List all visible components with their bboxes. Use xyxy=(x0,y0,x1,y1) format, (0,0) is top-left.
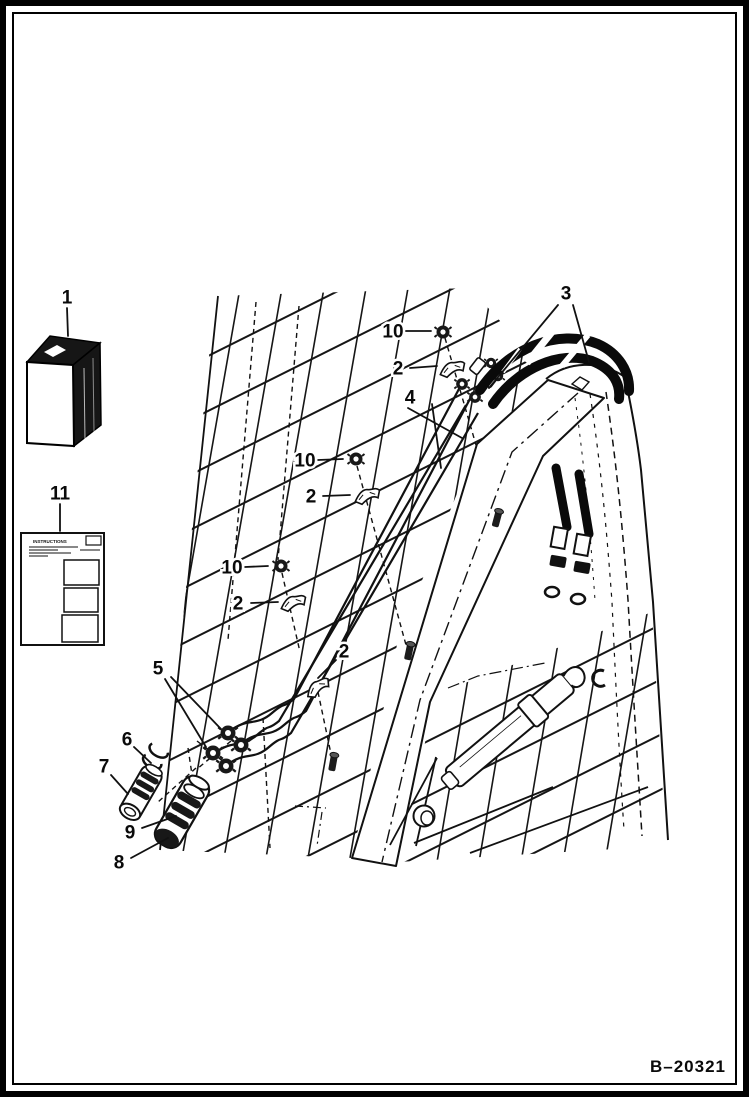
shipping-box xyxy=(27,336,101,446)
callout-2-lower: 2 xyxy=(233,594,278,615)
tube-clamp-icon xyxy=(279,594,307,613)
callout-10-top: 10 xyxy=(382,322,431,343)
tube-fitting-nuts xyxy=(203,726,251,774)
callout-label-5: 5 xyxy=(153,659,164,680)
boom-right-edge xyxy=(625,377,668,840)
hose-end-ring xyxy=(545,587,559,597)
callout-label-11: 11 xyxy=(50,484,71,505)
leader-line xyxy=(67,308,68,336)
callout-label-9: 9 xyxy=(125,823,136,844)
drawing-number: B–20321 xyxy=(650,1057,726,1076)
parts-diagram-figure: INSTRUCTIONS 1 11 3 10 xyxy=(0,0,749,1097)
leader-line xyxy=(318,459,343,460)
clamp-bolt-icon xyxy=(327,752,339,772)
callout-10-lower: 10 xyxy=(221,558,268,579)
callout-label-7: 7 xyxy=(99,757,110,778)
callout-8: 8 xyxy=(114,838,168,874)
tube-clamp-icon xyxy=(438,360,466,379)
mesh-left-edge xyxy=(160,296,218,850)
callout-label-2: 2 xyxy=(393,359,404,380)
callout-label-2: 2 xyxy=(339,642,350,663)
quick-coupler-small xyxy=(117,761,166,823)
leader-line xyxy=(111,775,128,794)
boom-flange-dashed-2 xyxy=(590,394,624,830)
flange-nut-icon xyxy=(348,453,365,466)
callout-label-10: 10 xyxy=(221,558,242,579)
instruction-sheet: INSTRUCTIONS xyxy=(21,533,104,645)
leader-line xyxy=(323,495,350,496)
parts-manual-page: INSTRUCTIONS 1 11 3 10 xyxy=(0,0,749,1097)
instruction-sheet-title: INSTRUCTIONS xyxy=(33,539,67,544)
callout-label-1: 1 xyxy=(62,288,73,309)
dash-dot-line xyxy=(448,663,545,688)
callout-label-10: 10 xyxy=(294,451,315,472)
hose-end-nut xyxy=(573,561,591,575)
leader-line xyxy=(251,602,278,603)
callout-6: 6 xyxy=(122,730,151,764)
hose-end-nut xyxy=(549,555,567,569)
callout-1: 1 xyxy=(62,288,73,337)
callout-label-4: 4 xyxy=(405,388,416,409)
hose-end-ring xyxy=(571,594,585,604)
callout-label-2: 2 xyxy=(306,487,317,508)
quick-coupler-large xyxy=(151,771,214,852)
callout-label-3: 3 xyxy=(561,284,572,305)
tube-clamp-icon xyxy=(303,676,332,700)
hose-end-fitting xyxy=(574,534,591,556)
leader-line xyxy=(410,366,437,368)
callout-label-10: 10 xyxy=(382,322,403,343)
leader-line xyxy=(131,838,168,858)
callout-11: 11 xyxy=(50,484,71,532)
callout-label-6: 6 xyxy=(122,730,133,751)
flange-nut-icon xyxy=(435,326,452,339)
callout-5: 5 xyxy=(153,659,221,748)
leader-line xyxy=(245,566,268,567)
callout-label-8: 8 xyxy=(114,853,125,874)
hose-end-fitting xyxy=(551,527,568,549)
boom-flange-dashed-1 xyxy=(606,392,642,836)
callout-label-2: 2 xyxy=(233,594,244,615)
boom-front-band xyxy=(352,380,604,866)
callout-7: 7 xyxy=(99,757,128,795)
leader-line xyxy=(318,660,336,678)
